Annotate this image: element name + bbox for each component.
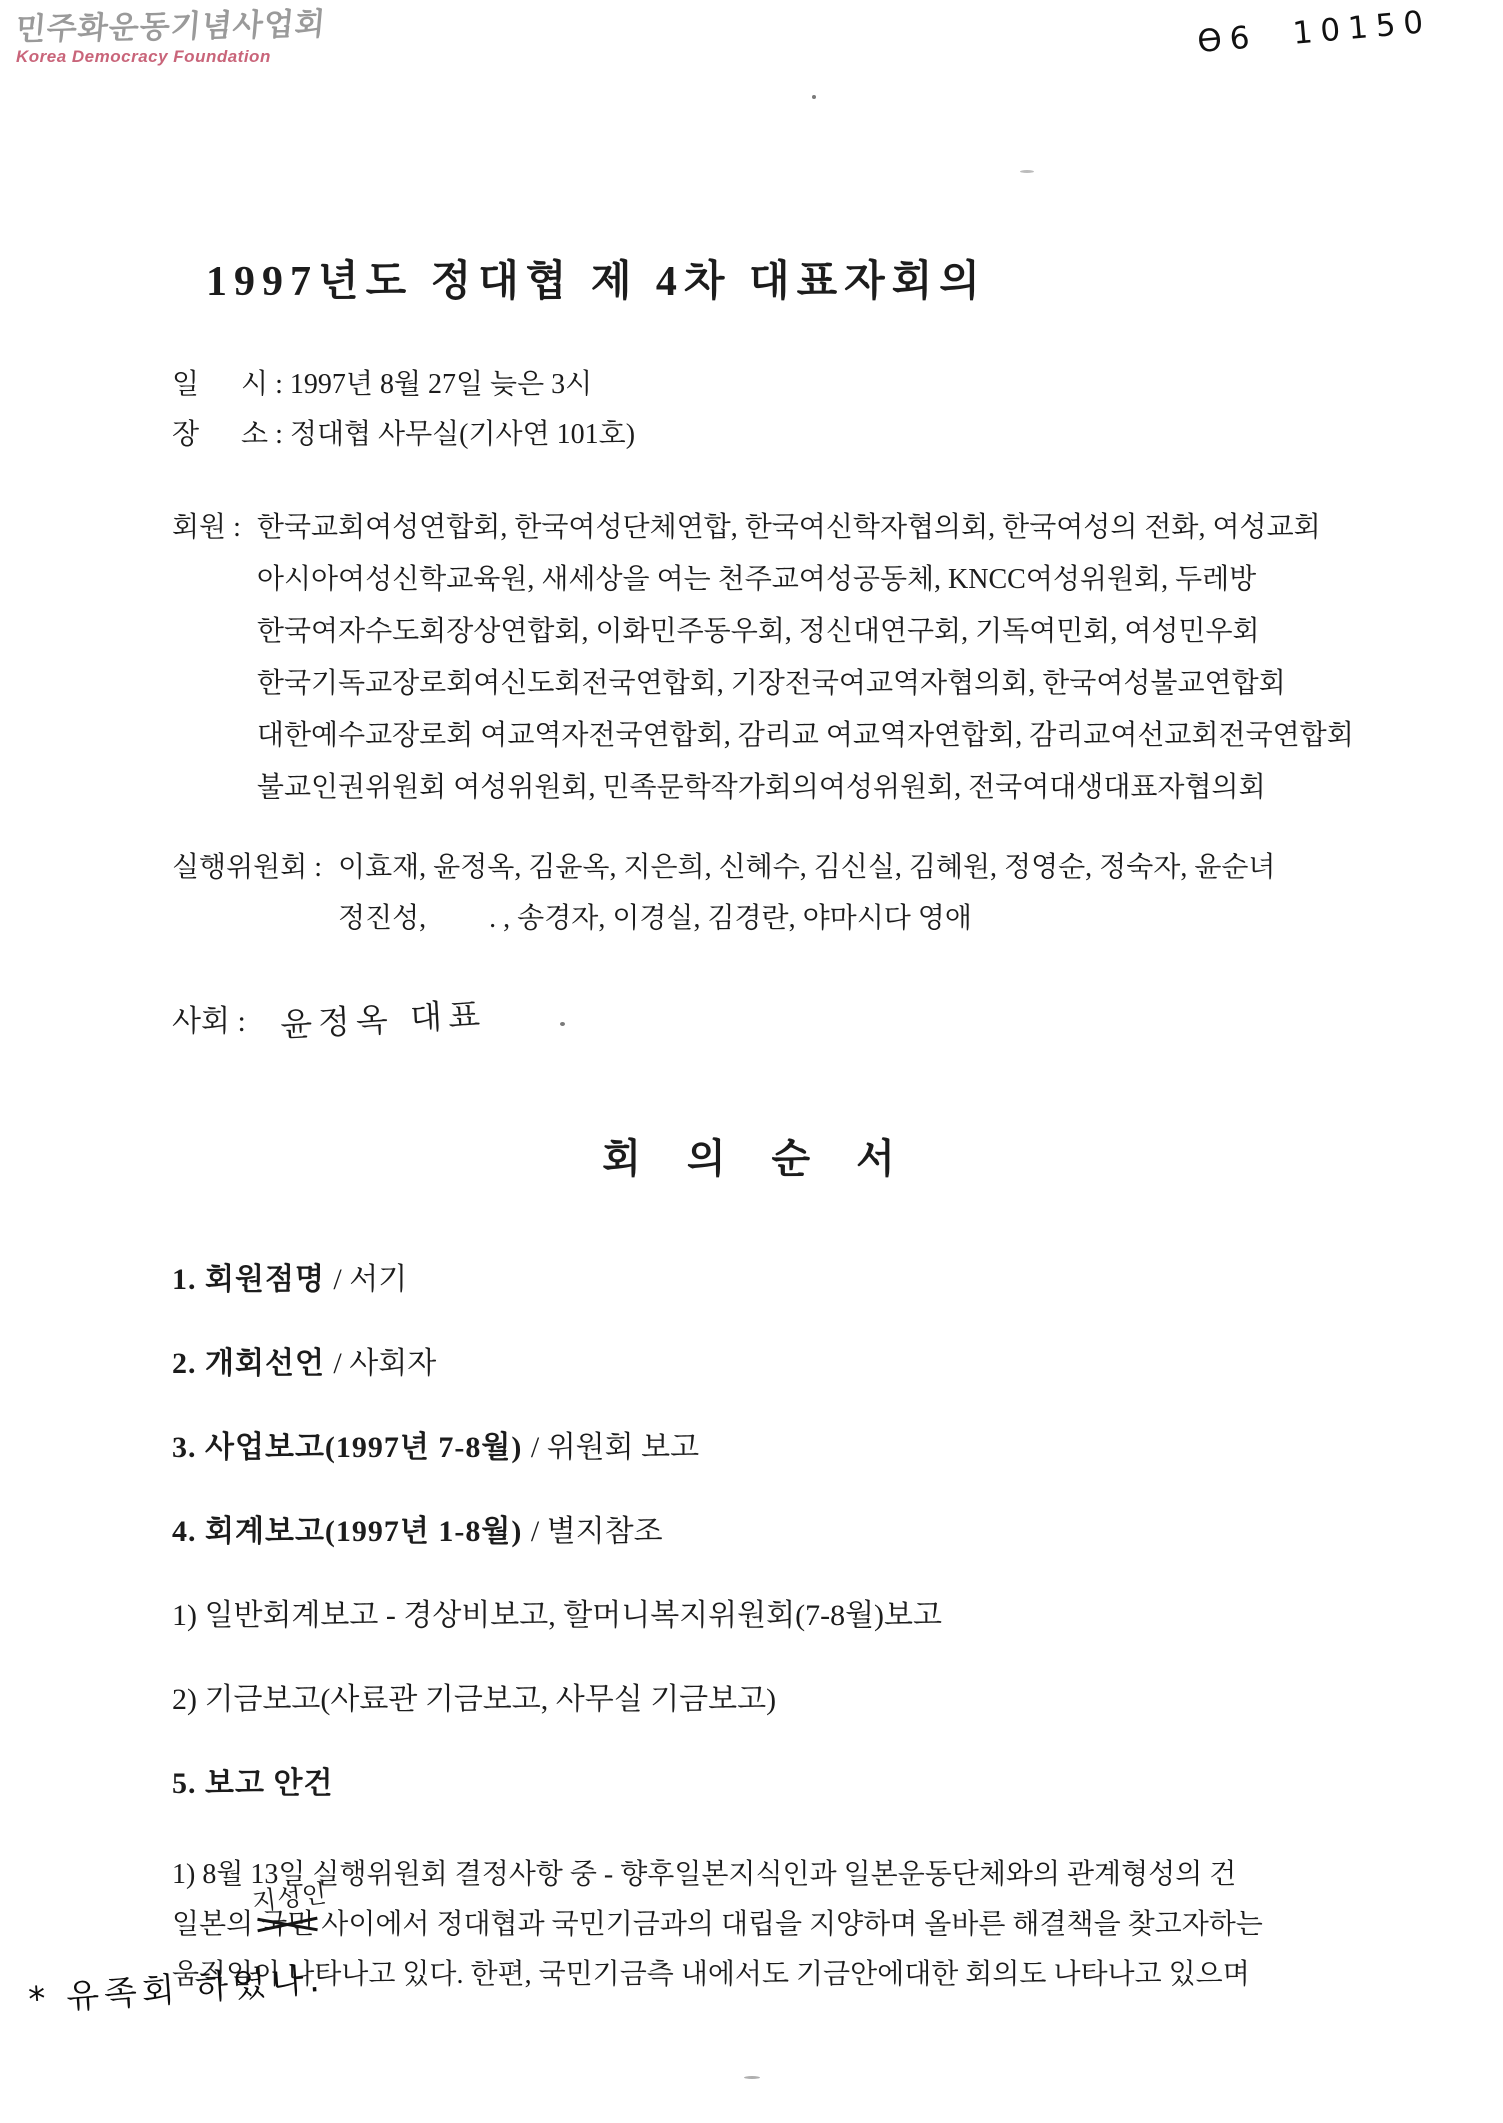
members-label: 회원 : <box>172 502 241 814</box>
datetime-label: 일 시 : <box>172 369 283 400</box>
members-line: 한국여자수도회장상연합회, 이화민주동우회, 정신대연구회, 기독여민회, 여성… <box>257 606 1383 658</box>
scan-artifact <box>560 1022 565 1026</box>
report-paragraph-line: 움직임이 나타나고 있다. 한편, 국민기금측 내에서도 기금안에대한 회의도 … <box>172 1950 1383 2000</box>
agenda-item: 2. 개회선언 / 사회자 <box>172 1346 1383 1382</box>
datetime-value: 1997년 8월 27일 늦은 3시 <box>283 369 592 400</box>
agenda-item-main: 5. 보고 안건 <box>172 1767 333 1800</box>
moderator-label: 사회 : <box>172 996 246 1040</box>
report-paragraph-line: 일본의 국민지성인 사이에서 정대협과 국민기금과의 대립을 지양하며 올바른 … <box>172 1900 1383 1950</box>
agenda-item-detail: / 서기 <box>333 1263 407 1296</box>
members-list: 한국교회여성연합회, 한국여성단체연합, 한국여신학자협의회, 한국여성의 전화… <box>257 502 1383 814</box>
struck-out-word: 국민지성인 <box>260 1900 314 1950</box>
agenda-subitem: 2) 기금보고(사료관 기금보고, 사무실 기금보고) <box>172 1682 1383 1718</box>
agenda-subitem: 1) 일반회계보고 - 경상비보고, 할머니복지위원회(7-8월)보고 <box>172 1598 1383 1634</box>
members-line: 불교인권위원회 여성위원회, 민족문학작가회의여성위원회, 전국여대생대표자협의… <box>257 762 1383 814</box>
agenda-item: 4. 회계보고(1997년 1-8월) / 별지참조 <box>172 1514 1383 1550</box>
members-line: 아시아여성신학교육원, 새세상을 여는 천주교여성공동체, KNCC여성위원회,… <box>257 554 1383 606</box>
scan-artifact <box>744 2076 760 2079</box>
agenda-item-detail: 1) 일반회계보고 - 경상비보고, 할머니복지위원회(7-8월)보고 <box>172 1599 942 1632</box>
foundation-logo-english: Korea Democracy Foundation <box>16 47 325 67</box>
scan-artifact <box>1020 170 1034 173</box>
place-label: 장 소 : <box>172 419 283 450</box>
members-line: 대한예수교장로회 여교역자전국연합회, 감리교 여교역자연합회, 감리교여선교회… <box>257 710 1383 762</box>
line2-suffix: 사이에서 정대협과 국민기금과의 대립을 지양하며 올바른 해결책을 찾고자하는 <box>314 1909 1263 1940</box>
executive-committee-line: 이효재, 윤정옥, 김윤옥, 지은희, 신혜수, 김신실, 김혜원, 정영순, … <box>338 842 1383 893</box>
agenda-item-main: 3. 사업보고(1997년 7-8월) <box>172 1431 531 1464</box>
meeting-info: 일 시 : 1997년 8월 27일 늦은 3시 장 소 : 정대협 사무실(기… <box>172 360 1383 460</box>
agenda-item-detail: 2) 기금보고(사료관 기금보고, 사무실 기금보고) <box>172 1683 776 1716</box>
line2-prefix: 일본의 <box>172 1909 260 1940</box>
document-page: 민주화운동기념사업회 Korea Democracy Foundation Ɵ6… <box>0 0 1503 2123</box>
agenda-item-detail: / 별지참조 <box>531 1515 663 1548</box>
handwritten-correction: 지성인 <box>249 1869 330 1928</box>
members-section: 회원 : 한국교회여성연합회, 한국여성단체연합, 한국여신학자협의회, 한국여… <box>172 502 1383 814</box>
report-paragraph-line: 1) 8월 13일 실행위원회 결정사항 중 - 향후일본지식인과 일본운동단체… <box>172 1850 1383 1900</box>
agenda-list: 1. 회원점명 / 서기 2. 개회선언 / 사회자 3. 사업보고(1997년… <box>172 1262 1383 1802</box>
document-title: 1997년도 정대협 제 4차 대표자회의 <box>206 248 1383 308</box>
executive-committee-line: 정진성, . , 송경자, 이경실, 김경란, 야마시다 영애 <box>338 893 1383 944</box>
agenda-heading: 회 의 순 서 <box>132 1127 1383 1184</box>
agenda-item-detail: / 사회자 <box>333 1347 436 1380</box>
agenda-item: 3. 사업보고(1997년 7-8월) / 위원회 보고 <box>172 1430 1383 1466</box>
executive-committee-label: 실행위원회 : <box>172 842 322 944</box>
moderator-section: 사회 : 윤정옥 대표 <box>172 996 1383 1041</box>
moderator-handwriting: 윤정옥 대표 <box>279 989 487 1047</box>
agenda-item-main: 2. 개회선언 <box>172 1347 333 1380</box>
foundation-logo: 민주화운동기념사업회 Korea Democracy Foundation <box>16 10 325 67</box>
agenda-item-main: 1. 회원점명 <box>172 1263 333 1296</box>
executive-committee-list: 이효재, 윤정옥, 김윤옥, 지은희, 신혜수, 김신실, 김혜원, 정영순, … <box>338 842 1383 944</box>
agenda-item: 1. 회원점명 / 서기 <box>172 1262 1383 1298</box>
members-line: 한국기독교장로회여신도회전국연합회, 기장전국여교역자협의회, 한국여성불교연합… <box>257 658 1383 710</box>
meeting-datetime: 일 시 : 1997년 8월 27일 늦은 3시 <box>172 360 1383 410</box>
foundation-logo-korean: 민주화운동기념사업회 <box>14 7 327 46</box>
agenda-item-main: 4. 회계보고(1997년 1-8월) <box>172 1515 531 1548</box>
place-value: 정대협 사무실(기사연 101호) <box>283 419 635 450</box>
agenda-item-detail: / 위원회 보고 <box>531 1431 699 1464</box>
agenda-item: 5. 보고 안건 <box>172 1766 1383 1802</box>
executive-committee-section: 실행위원회 : 이효재, 윤정옥, 김윤옥, 지은희, 신혜수, 김신실, 김혜… <box>172 842 1383 944</box>
scan-artifact <box>812 95 816 99</box>
document-content: 1997년도 정대협 제 4차 대표자회의 일 시 : 1997년 8월 27일… <box>0 0 1503 2000</box>
report-paragraph: 1) 8월 13일 실행위원회 결정사항 중 - 향후일본지식인과 일본운동단체… <box>172 1850 1383 2000</box>
members-line: 한국교회여성연합회, 한국여성단체연합, 한국여신학자협의회, 한국여성의 전화… <box>257 502 1383 554</box>
meeting-place: 장 소 : 정대협 사무실(기사연 101호) <box>172 410 1383 460</box>
